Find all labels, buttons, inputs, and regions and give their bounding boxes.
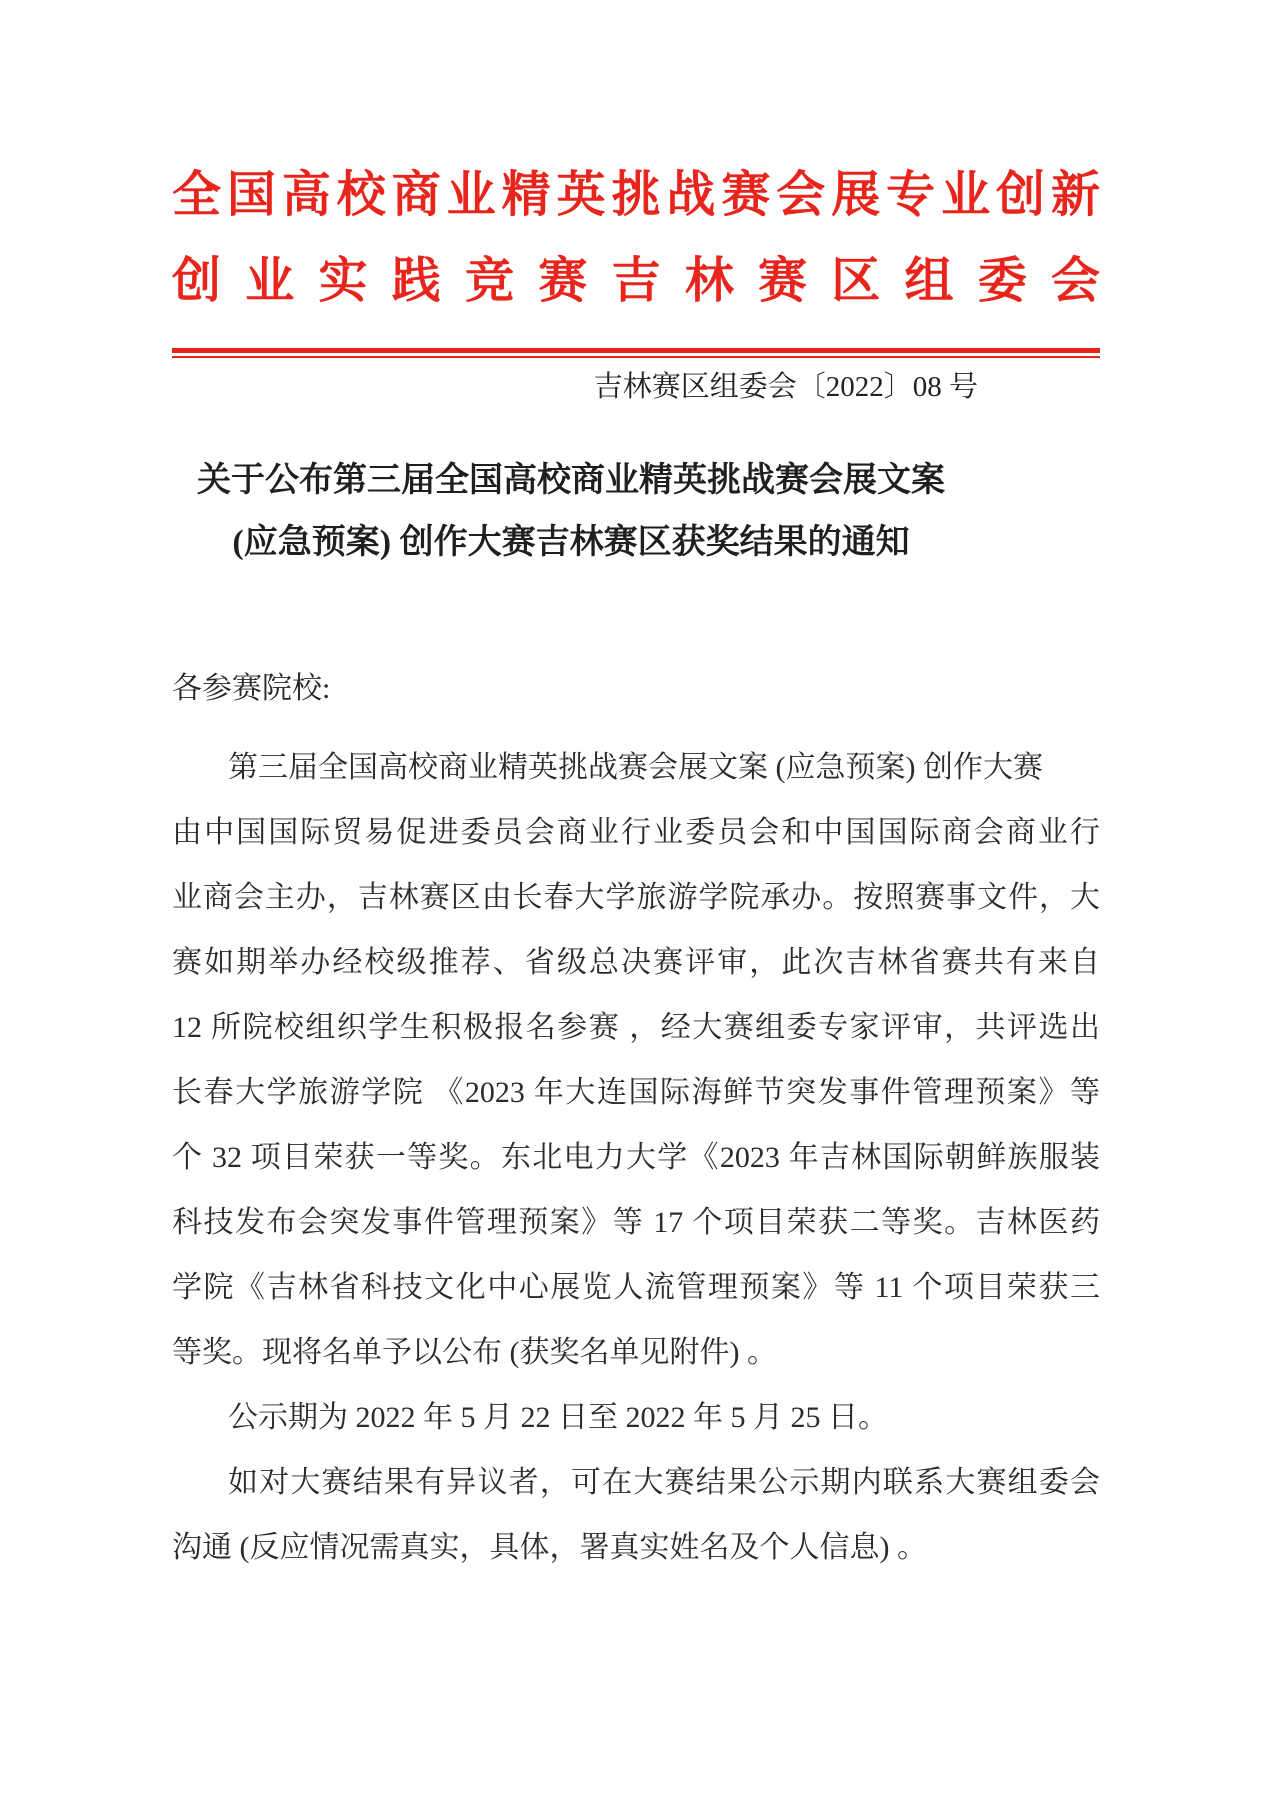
document-page: 全国高校商业精英挑战赛会展专业创新 创业实践竞赛吉林赛区组委会 吉林赛区组委会〔… bbox=[0, 0, 1268, 1793]
body-line: 如对大赛结果有异议者，可在大赛结果公示期内联系大赛组委会 bbox=[172, 1450, 1100, 1515]
red-separator-rule bbox=[172, 348, 1100, 358]
salutation: 各参赛院校: bbox=[172, 656, 1100, 721]
body-line: 由中国国际贸易促进委员会商业行业委员会和中国国际商会商业行 bbox=[172, 800, 1100, 865]
body-line: 第三届全国高校商业精英挑战赛会展文案 (应急预案) 创作大赛 bbox=[172, 735, 1100, 800]
paragraph-3: 如对大赛结果有异议者，可在大赛结果公示期内联系大赛组委会 沟通 (反应情况需真实… bbox=[172, 1450, 1100, 1580]
doc-title: 关于公布第三届全国高校商业精英挑战赛会展文案 (应急预案) 创作大赛吉林赛区获奖… bbox=[172, 450, 1100, 574]
body-line: 沟通 (反应情况需真实，具体，署真实姓名及个人信息) 。 bbox=[172, 1515, 1100, 1580]
doc-title-line-1: 关于公布第三届全国高校商业精英挑战赛会展文案 bbox=[172, 450, 970, 512]
body-line: 公示期为 2022 年 5 月 22 日至 2022 年 5 月 25 日。 bbox=[172, 1385, 1100, 1450]
doc-title-line-2: (应急预案) 创作大赛吉林赛区获奖结果的通知 bbox=[172, 512, 970, 574]
body-line: 赛如期举办经校级推荐、省级总决赛评审，此次吉林省赛共有来自 bbox=[172, 930, 1100, 995]
body-line: 科技发布会突发事件管理预案》等 17 个项目荣获二等奖。吉林医药 bbox=[172, 1190, 1100, 1255]
body-line: 个 32 项目荣获一等奖。东北电力大学《2023 年吉林国际朝鲜族服装 bbox=[172, 1125, 1100, 1190]
body-line: 12 所院校组织学生积极报名参赛 ，经大赛组委专家评审，共评选出 bbox=[172, 995, 1100, 1060]
body-line: 学院《吉林省科技文化中心展览人流管理预案》等 11 个项目荣获三 bbox=[172, 1255, 1100, 1320]
body-line: 等奖。现将名单予以公布 (获奖名单见附件) 。 bbox=[172, 1320, 1100, 1385]
body-line: 业商会主办，吉林赛区由长春大学旅游学院承办。按照赛事文件，大 bbox=[172, 865, 1100, 930]
paragraph-2: 公示期为 2022 年 5 月 22 日至 2022 年 5 月 25 日。 bbox=[172, 1385, 1100, 1450]
body-line: 长春大学旅游学院 《2023 年大连国际海鲜节突发事件管理预案》等 bbox=[172, 1060, 1100, 1125]
letterhead-line-2: 创业实践竞赛吉林赛区组委会 bbox=[172, 238, 1100, 324]
doc-number: 吉林赛区组委会〔2022〕08 号 bbox=[172, 366, 1100, 408]
letterhead: 全国高校商业精英挑战赛会展专业创新 创业实践竞赛吉林赛区组委会 bbox=[172, 152, 1100, 324]
paragraph-1: 第三届全国高校商业精英挑战赛会展文案 (应急预案) 创作大赛 由中国国际贸易促进… bbox=[172, 735, 1100, 1385]
letterhead-line-1: 全国高校商业精英挑战赛会展专业创新 bbox=[172, 152, 1100, 238]
